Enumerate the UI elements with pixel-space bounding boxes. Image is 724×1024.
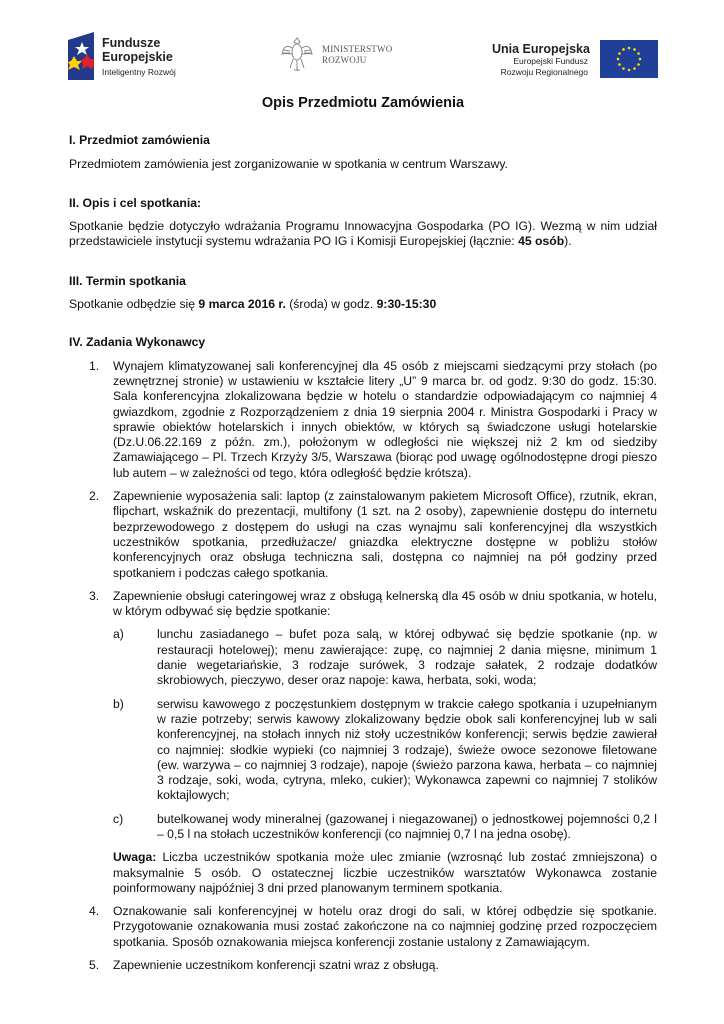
meeting-time: 9:30-15:30 [377, 297, 437, 311]
eagle-emblem-icon [280, 34, 314, 74]
ministry-logo: MINISTERSTWO ROZWOJU [280, 34, 410, 78]
task-item: 5. Zapewnienie uczestnikom konferencji s… [69, 958, 657, 973]
note: Uwaga: Liczba uczestników spotkania może… [113, 850, 657, 896]
fe-flag-icon [68, 32, 94, 80]
fe-line3: Inteligentny Rozwój [102, 67, 176, 77]
ministry-line2: ROZWOJU [322, 55, 392, 66]
section-3-text: Spotkanie odbędzie się 9 marca 2016 r. (… [69, 297, 657, 312]
task-item: 1. Wynajem klimatyzowanej sali konferenc… [69, 359, 657, 481]
ue-line3: Rozwoju Regionalnego [492, 67, 588, 78]
subitem-text: butelkowanej wody mineralnej (gazowanej … [157, 812, 657, 841]
ue-line2: Europejski Fundusz [492, 56, 588, 67]
fe-line2: Europejskie [102, 50, 176, 64]
subitem-letter: c) [113, 812, 123, 827]
note-text: Liczba uczestników spotkania może ulec z… [113, 850, 657, 895]
task-list: 1. Wynajem klimatyzowanej sali konferenc… [69, 359, 657, 974]
task-text: Wynajem klimatyzowanej sali konferencyjn… [113, 359, 657, 480]
task-item: 4. Oznakowanie sali konferencyjnej w hot… [69, 904, 657, 950]
fe-text: Fundusze Europejskie Inteligentny Rozwój [102, 36, 176, 77]
fundusze-europejskie-logo: Fundusze Europejskie Inteligentny Rozwój [68, 32, 198, 82]
subitem-letter: b) [113, 697, 124, 712]
subitem: b) serwisu kawowego z poczęstunkiem dost… [113, 697, 657, 804]
header-logos: Fundusze Europejskie Inteligentny Rozwój… [0, 28, 724, 84]
task-number: 1. [89, 359, 99, 374]
section-2-text: Spotkanie będzie dotyczyło wdrażania Pro… [69, 219, 657, 250]
document-title: Opis Przedmiotu Zamówienia [69, 96, 657, 111]
task-text: Zapewnienie wyposażenia sali: laptop (z … [113, 489, 657, 579]
task-number: 4. [89, 904, 99, 919]
task-text: Oznakowanie sali konferencyjnej w hotelu… [113, 904, 657, 949]
subitem-text: serwisu kawowego z poczęstunkiem dostępn… [157, 697, 657, 803]
ministry-text: MINISTERSTWO ROZWOJU [322, 44, 392, 66]
participant-count: 45 osób [518, 234, 564, 248]
section-1-heading: I. Przedmiot zamówienia [69, 133, 657, 148]
section-4-heading: IV. Zadania Wykonawcy [69, 335, 657, 350]
subitem-letter: a) [113, 627, 124, 642]
task-text: Zapewnienie uczestnikom konferencji szat… [113, 958, 439, 972]
section-2-text-b: ). [564, 234, 571, 248]
note-label: Uwaga: [113, 850, 156, 864]
task-number: 3. [89, 589, 99, 604]
subitem: c) butelkowanej wody mineralnej (gazowan… [113, 812, 657, 843]
section-3-heading: III. Termin spotkania [69, 274, 657, 289]
section-3-text-a: Spotkanie odbędzie się [69, 297, 198, 311]
section-1-text: Przedmiotem zamówienia jest zorganizowan… [69, 157, 657, 172]
subitem: a) lunchu zasiadanego – bufet poza salą,… [113, 627, 657, 688]
section-2-heading: II. Opis i cel spotkania: [69, 196, 657, 211]
eu-flag-icon [600, 40, 658, 78]
meeting-date: 9 marca 2016 r. [198, 297, 285, 311]
task-number: 5. [89, 958, 99, 973]
fe-line1: Fundusze [102, 36, 176, 50]
subitem-text: lunchu zasiadanego – bufet poza salą, w … [157, 627, 657, 687]
task-item: 3. Zapewnienie obsługi cateringowej wraz… [69, 589, 657, 896]
section-3-text-b: (środa) w godz. [286, 297, 377, 311]
task-text: Zapewnienie obsługi cateringowej wraz z … [113, 589, 657, 618]
document-body: Opis Przedmiotu Zamówienia I. Przedmiot … [69, 96, 657, 981]
task-number: 2. [89, 489, 99, 504]
task-item: 2. Zapewnienie wyposażenia sali: laptop … [69, 489, 657, 581]
ue-line1: Unia Europejska [492, 42, 588, 56]
ue-text: Unia Europejska Europejski Fundusz Rozwo… [492, 42, 588, 78]
ministry-line1: MINISTERSTWO [322, 44, 392, 55]
unia-europejska-logo: Unia Europejska Europejski Fundusz Rozwo… [492, 38, 662, 84]
